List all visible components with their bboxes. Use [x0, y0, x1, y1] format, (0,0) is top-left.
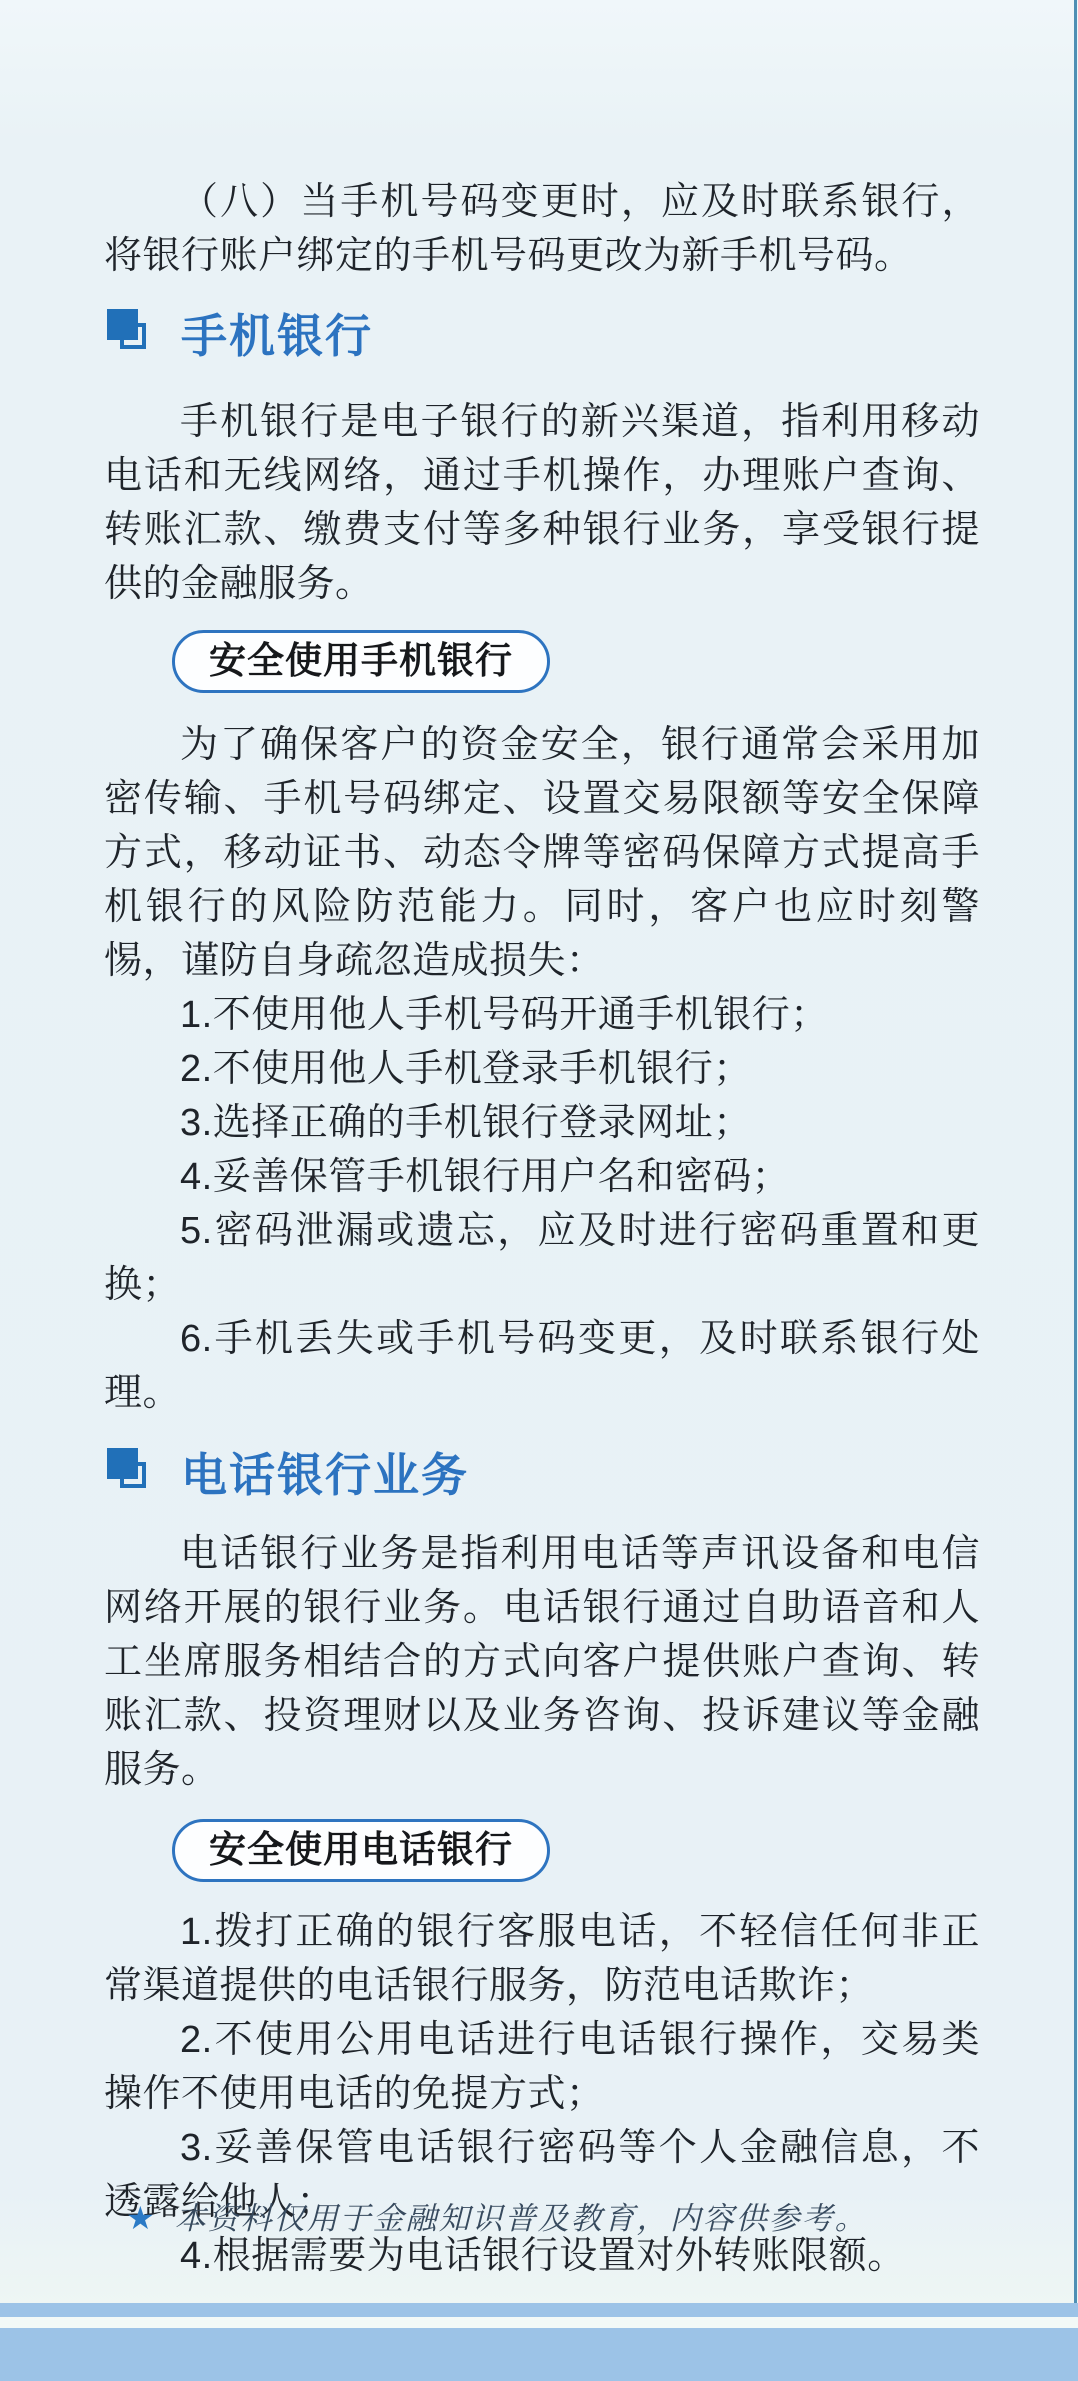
list-item: 4.妥善保管手机银行用户名和密码；: [104, 1150, 980, 1204]
section-heading-telephone-banking: 电话银行业务: [104, 1444, 980, 1500]
square-fill-shape: [107, 1448, 138, 1479]
section-intro-paragraph: 手机银行是电子银行的新兴渠道，指利用移动电话和无线网络，通过手机操作，办理账户查…: [104, 395, 980, 611]
numbered-list-mobile-banking: 1.不使用他人手机号码开通手机银行； 2.不使用他人手机登录手机银行； 3.选择…: [104, 988, 980, 1420]
list-item: 2.不使用他人手机登录手机银行；: [104, 1042, 980, 1096]
intro-paragraph: （八）当手机号码变更时，应及时联系银行，将银行账户绑定的手机号码更改为新手机号码…: [104, 175, 980, 283]
star-icon: ★: [126, 2196, 155, 2240]
section-title: 电话银行业务: [181, 1439, 469, 1505]
list-item: 3.选择正确的手机银行登录网址；: [104, 1096, 980, 1150]
overlapping-squares-icon: [107, 1447, 159, 1497]
document-page: （八）当手机号码变更时，应及时联系银行，将银行账户绑定的手机号码更改为新手机号码…: [0, 0, 1078, 2381]
footer-stripe-gap: [0, 2317, 1078, 2328]
page-content: （八）当手机号码变更时，应及时联系银行，将银行账户绑定的手机号码更改为新手机号码…: [0, 0, 1078, 2283]
list-item: 6.手机丢失或手机号码变更，及时联系银行处理。: [104, 1312, 980, 1420]
section-intro-paragraph: 电话银行业务是指利用电话等声讯设备和电信网络开展的银行业务。电话银行通过自助语音…: [104, 1527, 980, 1797]
badge-row: 安全使用电话银行: [104, 1819, 980, 1882]
safety-badge-mobile-banking: 安全使用手机银行: [172, 630, 550, 693]
list-item: 1.不使用他人手机号码开通手机银行；: [104, 988, 980, 1042]
footer-disclaimer: ★ 本资料仅用于金融知识普及教育，内容供参考。: [126, 2196, 1006, 2242]
list-item: 2.不使用公用电话进行电话银行操作，交易类操作不使用电话的免提方式；: [104, 2013, 980, 2121]
overlapping-squares-icon: [107, 308, 159, 358]
badge-row: 安全使用手机银行: [104, 630, 980, 693]
footer-stripe-thin: [0, 2303, 1078, 2317]
list-item: 5.密码泄漏或遗忘，应及时进行密码重置和更换；: [104, 1204, 980, 1312]
list-item: 1.拨打正确的银行客服电话，不轻信任何非正常渠道提供的电话银行服务，防范电话欺诈…: [104, 1905, 980, 2013]
safety-badge-telephone-banking: 安全使用电话银行: [172, 1819, 550, 1882]
section-body-paragraph: 为了确保客户的资金安全，银行通常会采用加密传输、手机号码绑定、设置交易限额等安全…: [104, 718, 980, 988]
page-right-edge-line: [1074, 0, 1077, 2303]
disclaimer-text: 本资料仅用于金融知识普及教育，内容供参考。: [175, 2196, 868, 2242]
section-title: 手机银行: [181, 300, 373, 366]
square-fill-shape: [107, 309, 138, 340]
section-heading-mobile-banking: 手机银行: [104, 305, 980, 361]
footer-stripe-wide: [0, 2328, 1078, 2381]
